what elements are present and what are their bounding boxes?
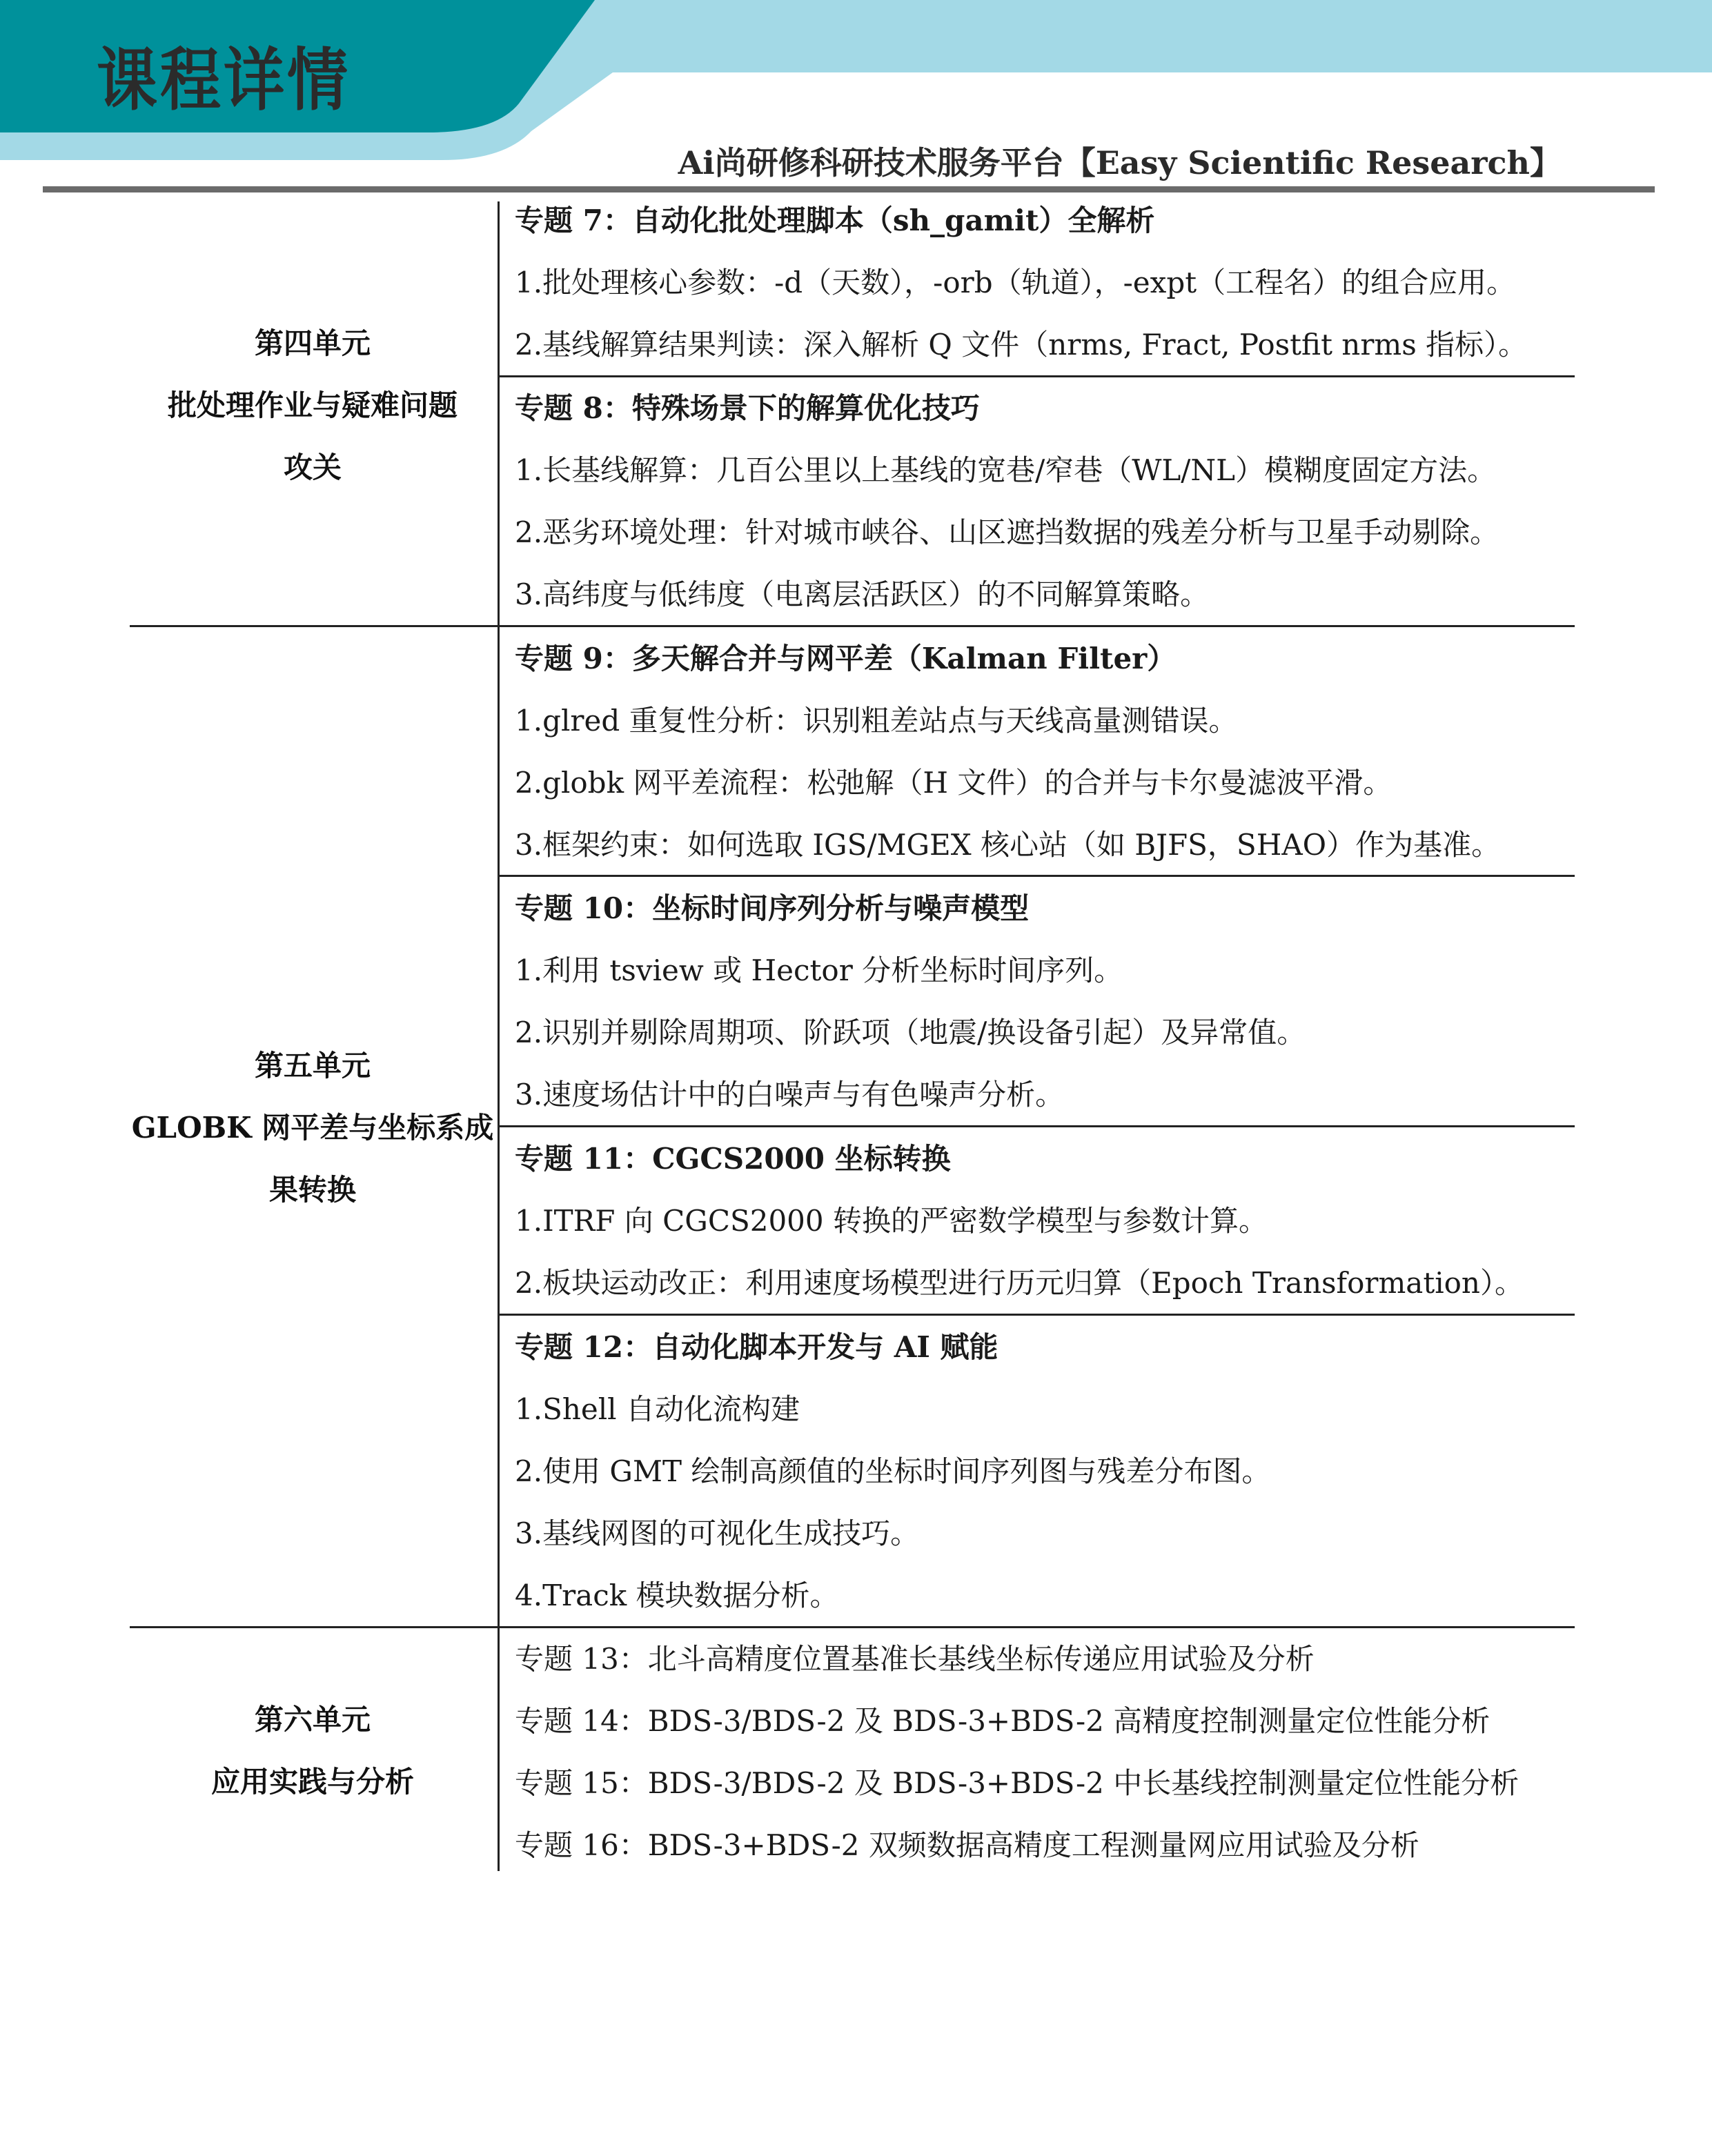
topic-item: 3.速度场估计中的白噪声与有色噪声分析。 — [515, 1064, 1577, 1126]
unit-subtitle: 攻关 — [130, 437, 495, 499]
table-column-divider — [498, 201, 500, 1871]
page-title: 课程详情 — [97, 26, 351, 123]
topic-block: 专题 12：自动化脚本开发与 AI 赋能 1.Shell 自动化流构建 2.使用… — [515, 1316, 1577, 1627]
unit-label: 第五单元 GLOBK 网平差与坐标系成 果转换 — [130, 1035, 495, 1221]
topic-block: 专题 11：CGCS2000 坐标转换 1.ITRF 向 CGCS2000 转换… — [515, 1128, 1577, 1314]
topic-item: 3.框架约束：如何选取 IGS/MGEX 核心站（如 BJFS，SHAO）作为基… — [515, 814, 1577, 876]
unit-name: 第六单元 — [130, 1689, 495, 1751]
topic-item: 1.glred 重复性分析：识别粗差站点与天线高量测错误。 — [515, 690, 1577, 752]
topic-item: 2.使用 GMT 绘制高颜值的坐标时间序列图与残差分布图。 — [515, 1441, 1577, 1503]
topic-item: 1.长基线解算：几百公里以上基线的宽巷/窄巷（WL/NL）模糊度固定方法。 — [515, 439, 1577, 502]
topic-title: 专题 8：特殊场景下的解算优化技巧 — [515, 377, 1577, 439]
topic-item: 3.高纬度与低纬度（电离层活跃区）的不同解算策略。 — [515, 564, 1577, 626]
unit-subtitle: 批处理作业与疑难问题 — [130, 375, 495, 437]
topic-block: 专题 7：自动化批处理脚本（sh_gamit）全解析 1.批处理核心参数：-d（… — [515, 190, 1577, 376]
unit-name: 第四单元 — [130, 313, 495, 375]
topic-item: 2.基线解算结果判读：深入解析 Q 文件（nrms, Fract, Postfi… — [515, 314, 1577, 376]
topic-block: 专题 13：北斗高精度位置基准长基线坐标传递应用试验及分析 专题 14：BDS-… — [515, 1628, 1577, 1877]
topic-title: 专题 7：自动化批处理脚本（sh_gamit）全解析 — [515, 190, 1577, 252]
topic-item: 1.利用 tsview 或 Hector 分析坐标时间序列。 — [515, 940, 1577, 1002]
topic-item: 2.恶劣环境处理：针对城市峡谷、山区遮挡数据的残差分析与卫星手动剔除。 — [515, 502, 1577, 564]
topic-item: 专题 14：BDS-3/BDS-2 及 BDS-3+BDS-2 高精度控制测量定… — [515, 1690, 1577, 1752]
topic-title: 专题 10：坐标时间序列分析与噪声模型 — [515, 878, 1577, 940]
topic-title: 专题 12：自动化脚本开发与 AI 赋能 — [515, 1316, 1577, 1378]
unit-subtitle: 果转换 — [130, 1159, 495, 1221]
topic-item: 4.Track 模块数据分析。 — [515, 1565, 1577, 1627]
topic-item: 2.识别并剔除周期项、阶跃项（地震/换设备引起）及异常值。 — [515, 1002, 1577, 1064]
topic-item: 1.批处理核心参数：-d（天数），-orb（轨道），-expt（工程名）的组合应… — [515, 252, 1577, 314]
brand-tagline: Ai尚研修科研技术服务平台【Easy Scientific Research】 — [678, 138, 1562, 184]
unit-subtitle: 应用实践与分析 — [130, 1751, 495, 1813]
topic-item: 2.globk 网平差流程：松弛解（H 文件）的合并与卡尔曼滤波平滑。 — [515, 752, 1577, 814]
topic-item: 3.基线网图的可视化生成技巧。 — [515, 1503, 1577, 1565]
unit-name: 第五单元 — [130, 1035, 495, 1097]
topic-item: 专题 15：BDS-3/BDS-2 及 BDS-3+BDS-2 中长基线控制测量… — [515, 1752, 1577, 1814]
topic-item: 2.板块运动改正：利用速度场模型进行历元归算（Epoch Transformat… — [515, 1252, 1577, 1314]
topic-block: 专题 9：多天解合并与网平差（Kalman Filter） 1.glred 重复… — [515, 628, 1577, 876]
topic-item: 专题 16：BDS-3+BDS-2 双频数据高精度工程测量网应用试验及分析 — [515, 1814, 1577, 1877]
topic-item: 1.Shell 自动化流构建 — [515, 1378, 1577, 1441]
unit-label: 第四单元 批处理作业与疑难问题 攻关 — [130, 313, 495, 499]
unit-label: 第六单元 应用实践与分析 — [130, 1689, 495, 1813]
unit-subtitle: GLOBK 网平差与坐标系成 — [130, 1097, 495, 1159]
topic-item: 1.ITRF 向 CGCS2000 转换的严密数学模型与参数计算。 — [515, 1190, 1577, 1252]
topic-block: 专题 10：坐标时间序列分析与噪声模型 1.利用 tsview 或 Hector… — [515, 878, 1577, 1126]
topic-item: 专题 13：北斗高精度位置基准长基线坐标传递应用试验及分析 — [515, 1628, 1577, 1690]
topic-block: 专题 8：特殊场景下的解算优化技巧 1.长基线解算：几百公里以上基线的宽巷/窄巷… — [515, 377, 1577, 626]
topic-title: 专题 9：多天解合并与网平差（Kalman Filter） — [515, 628, 1577, 690]
topic-title: 专题 11：CGCS2000 坐标转换 — [515, 1128, 1577, 1190]
